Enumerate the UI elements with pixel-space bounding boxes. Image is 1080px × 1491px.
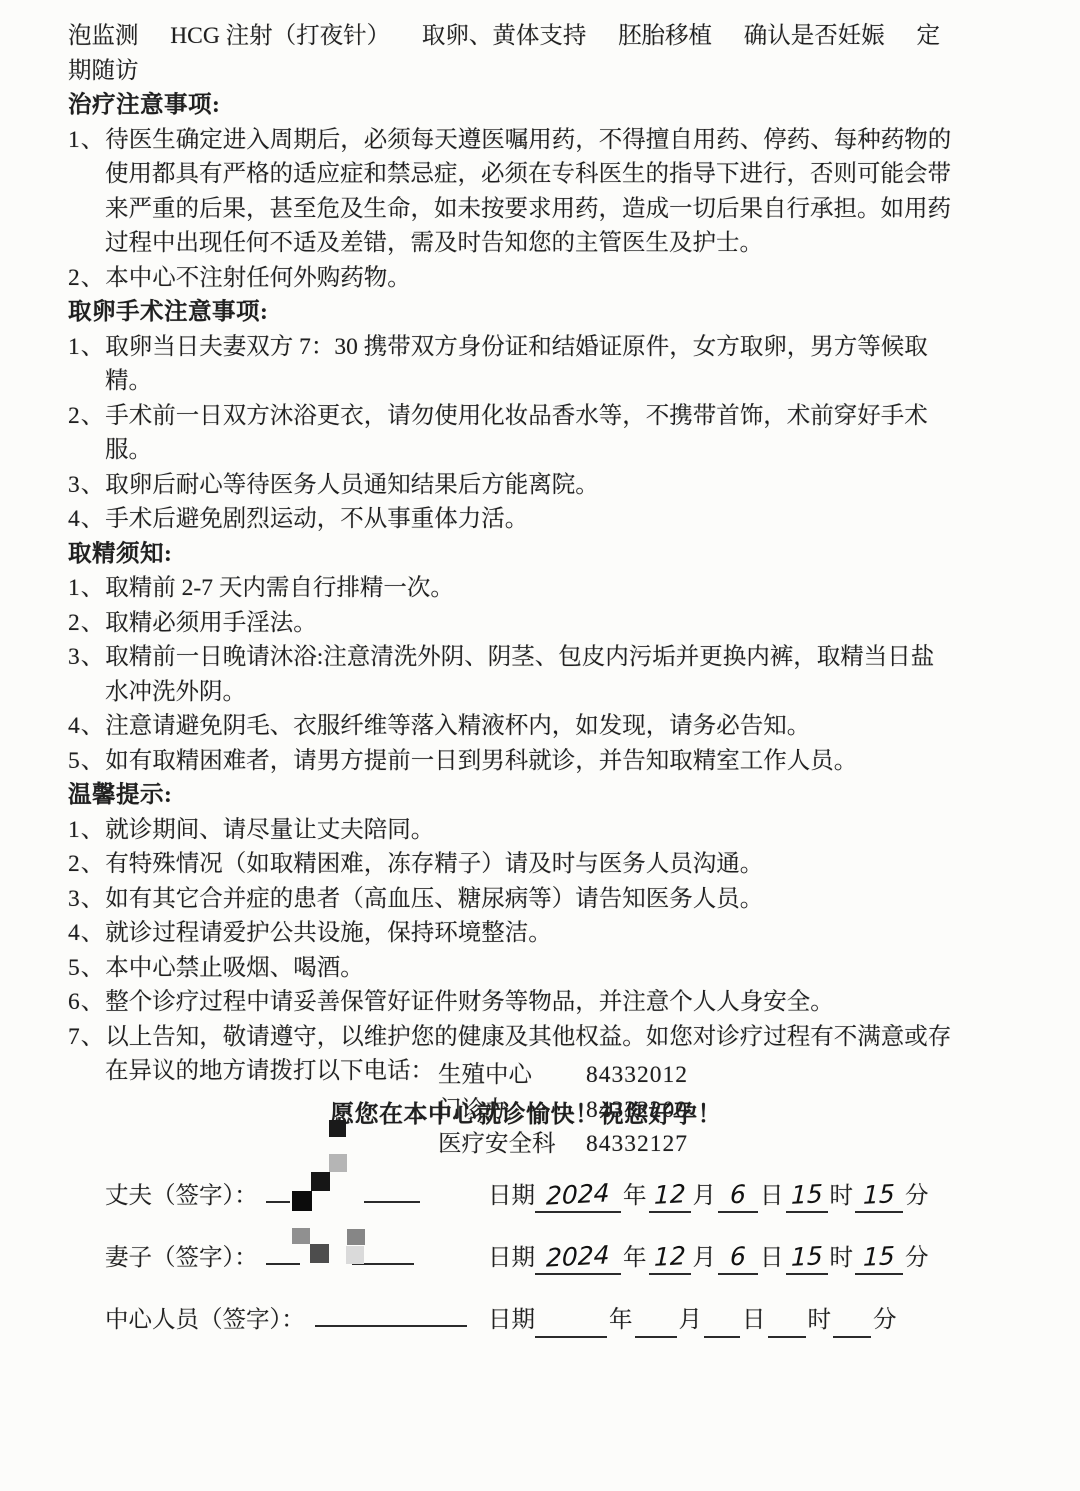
husband-date-group: 日期 2024 年 12 月 6 日 15 时 15 分 [488, 1176, 931, 1210]
item-text: 手术前一日双方沐浴更衣，请勿使用化妆品香水等，不携带首饰，术前穿好手术服。 [105, 403, 928, 464]
notice-item: 4、注意请避免阴毛、衣服纤维等落入精液杯内，如发现，请务必告知。 [68, 709, 954, 744]
item-number: 7、 [68, 1024, 105, 1050]
item-text: 如有其它合并症的患者（高血压、糖尿病等）请告知医务人员。 [105, 886, 763, 912]
wife-date-group: 日期 2024 年 12 月 6 日 15 时 15 分 [488, 1238, 931, 1272]
item-number: 4、 [68, 506, 105, 532]
notice-item: 3、取精前一日晚请沐浴:注意清洗外阴、阴茎、包皮内污垢并更换内裤，取精当日盐水冲… [68, 640, 954, 709]
item-number: 1、 [68, 575, 105, 601]
wife-signature-redaction-block [347, 1229, 365, 1245]
date-year-field [535, 1306, 607, 1338]
item-number: 6、 [68, 989, 105, 1015]
item-number: 5、 [68, 748, 105, 774]
phase-follicle-monitoring: 泡监测 [68, 19, 139, 54]
handwritten-day: 6 [730, 1181, 746, 1210]
notice-item: 1、就诊期间、请尽量让丈夫陪同。 [68, 813, 954, 848]
handwritten-month: 12 [653, 1180, 685, 1210]
wife-signature-row: 妻子（签字）： 日期 2024 年 12 月 6 日 15 时 15 分 [0, 1238, 1080, 1278]
procedure-phases: 泡监测 HCG 注射（打夜针） 取卵、黄体支持 胚胎移植 确认是否妊娠 定 期随… [68, 19, 954, 88]
document-body: 泡监测 HCG 注射（打夜针） 取卵、黄体支持 胚胎移植 确认是否妊娠 定 期随… [68, 19, 954, 1162]
phase-pregnancy-confirmation: 确认是否妊娠 [744, 19, 885, 54]
date-year-field: 2024 [535, 1181, 621, 1213]
item-number: 2、 [68, 610, 105, 636]
date-year-field: 2024 [535, 1243, 621, 1275]
date-month-field: 12 [649, 1181, 691, 1213]
contact-dept: 生殖中心 [438, 1058, 586, 1093]
phase-followup-part1: 定 [916, 19, 940, 54]
notice-item: 4、手术后避免剧烈运动，不从事重体力活。 [68, 502, 954, 537]
notice-item: 1、待医生确定进入周期后，必须每天遵医嘱用药，不得擅自用药、停药、每种药物的使用… [68, 123, 954, 261]
staff-signature-row: 中心人员（签字）： 日期 年 月 日 时 分 [0, 1300, 1080, 1340]
date-hour-field: 15 [786, 1243, 828, 1275]
section-heading-warm-tips: 温馨提示: [68, 778, 954, 813]
wife-signature-redaction-block [346, 1246, 364, 1264]
husband-signature-redaction-block [311, 1172, 330, 1191]
item-text: 整个诊疗过程中请妥善保管好证件财务等物品，并注意个人人身安全。 [105, 989, 834, 1015]
procedure-phases-line1: 泡监测 HCG 注射（打夜针） 取卵、黄体支持 胚胎移植 确认是否妊娠 定 [68, 19, 940, 54]
wife-signature-redaction-block [310, 1244, 329, 1263]
handwritten-year: 2024 [546, 1179, 610, 1210]
date-label: 日期 [488, 1176, 535, 1210]
hour-label: 时 [830, 1176, 854, 1210]
item-text: 取卵后耐心等待医务人员通知结果后方能离院。 [105, 472, 599, 498]
year-label: 年 [623, 1238, 647, 1272]
item-number: 3、 [68, 644, 105, 670]
hour-label: 时 [830, 1238, 854, 1272]
husband-signature-label: 丈夫（签字）： [105, 1176, 258, 1210]
date-month-field: 12 [649, 1243, 691, 1275]
notice-item: 2、有特殊情况（如取精困难，冻存精子）请及时与医务人员沟通。 [68, 847, 954, 882]
day-label: 日 [760, 1176, 784, 1210]
item-text: 取精必须用手淫法。 [105, 610, 317, 636]
wife-signature-area: 妻子（签字）： [105, 1238, 414, 1272]
minute-label: 分 [905, 1238, 929, 1272]
month-label: 月 [693, 1176, 717, 1210]
item-text: 手术后避免剧烈运动，不从事重体力活。 [105, 506, 528, 532]
consent-document-page: 泡监测 HCG 注射（打夜针） 取卵、黄体支持 胚胎移植 确认是否妊娠 定 期随… [0, 0, 1080, 1491]
staff-date-group: 日期 年 月 日 时 分 [488, 1300, 899, 1334]
notice-item: 1、取精前 2-7 天内需自行排精一次。 [68, 571, 954, 606]
handwritten-minute: 15 [863, 1180, 895, 1210]
wife-signature-redaction-block [292, 1228, 310, 1244]
contact-phone-row: 生殖中心84332012 [438, 1058, 688, 1093]
notice-item: 3、如有其它合并症的患者（高血压、糖尿病等）请告知医务人员。 [68, 882, 954, 917]
date-label: 日期 [488, 1238, 535, 1272]
item-text: 本中心不注射任何外购药物。 [105, 265, 411, 291]
section-heading-egg-retrieval-notes: 取卵手术注意事项: [68, 295, 954, 330]
husband-signature-area: 丈夫（签字）： [105, 1176, 420, 1210]
item-text: 取精前 2-7 天内需自行排精一次。 [105, 575, 454, 601]
month-label: 月 [679, 1300, 703, 1334]
staff-signature-label: 中心人员（签字）： [105, 1300, 305, 1334]
notice-item: 2、本中心不注射任何外购药物。 [68, 261, 954, 296]
date-minute-field [833, 1306, 871, 1338]
year-label: 年 [609, 1300, 633, 1334]
date-month-field [635, 1306, 677, 1338]
handwritten-hour: 15 [790, 1242, 822, 1272]
husband-signature-redaction-block [292, 1191, 312, 1211]
section-heading-treatment-notes: 治疗注意事项: [68, 88, 954, 123]
contact-phone-row: 医疗安全科84332127 [438, 1127, 688, 1162]
day-label: 日 [742, 1300, 766, 1334]
notice-item: 3、取卵后耐心等待医务人员通知结果后方能离院。 [68, 468, 954, 503]
item-number: 3、 [68, 472, 105, 498]
hour-label: 时 [808, 1300, 832, 1334]
notice-item: 2、手术前一日双方沐浴更衣，请勿使用化妆品香水等，不携带首饰，术前穿好手术服。 [68, 399, 954, 468]
item-number: 4、 [68, 920, 105, 946]
husband-signature-redaction-block [329, 1154, 347, 1172]
item-text: 就诊过程请爱护公共设施，保持环境整洁。 [105, 920, 552, 946]
procedure-phases-line2: 期随访 [68, 54, 954, 89]
item-text: 取卵当日夫妻双方 7：30 携带双方身份证和结婚证原件，女方取卵，男方等候取精。 [105, 334, 928, 395]
husband-signature-row: 丈夫（签字）： 日期 2024 年 12 月 6 日 15 时 15 分 [0, 1176, 1080, 1216]
handwritten-month: 12 [653, 1242, 685, 1272]
item-text: 如有取精困难者，请男方提前一日到男科就诊，并告知取精室工作人员。 [105, 748, 857, 774]
item-text: 有特殊情况（如取精困难，冻存精子）请及时与医务人员沟通。 [105, 851, 763, 877]
item-number: 5、 [68, 955, 105, 981]
date-minute-field: 15 [855, 1181, 903, 1213]
year-label: 年 [623, 1176, 647, 1210]
handwritten-minute: 15 [863, 1242, 895, 1272]
closing-wish-line: 愿您在本中心就诊愉快！祝您好孕！ [330, 1094, 722, 1129]
item-number: 1、 [68, 334, 105, 360]
contact-dept: 医疗安全科 [438, 1127, 586, 1162]
notice-item: 5、本中心禁止吸烟、喝酒。 [68, 951, 954, 986]
minute-label: 分 [873, 1300, 897, 1334]
notice-item: 2、取精必须用手淫法。 [68, 606, 954, 641]
date-day-field: 6 [718, 1181, 758, 1213]
handwritten-hour: 15 [790, 1180, 822, 1210]
handwritten-day: 6 [730, 1243, 746, 1272]
item-text: 本中心禁止吸烟、喝酒。 [105, 955, 364, 981]
item-number: 2、 [68, 265, 105, 291]
phase-hcg-injection: HCG 注射（打夜针） [170, 19, 390, 54]
notice-item-with-phones: 7、以上告知，敬请遵守，以维护您的健康及其他权益。如您对诊疗过程有不满意或存在异… [68, 1020, 954, 1162]
item-text: 就诊期间、请尽量让丈夫陪同。 [105, 817, 434, 843]
contact-number: 84332012 [586, 1058, 688, 1093]
item-text: 待医生确定进入周期后，必须每天遵医嘱用药，不得擅自用药、停药、每种药物的使用都具… [105, 127, 951, 257]
contact-number: 84332127 [586, 1127, 688, 1162]
signature-line [266, 1199, 290, 1203]
month-label: 月 [693, 1238, 717, 1272]
item-number: 1、 [68, 127, 105, 153]
date-day-field [704, 1306, 740, 1338]
phase-embryo-transfer: 胚胎移植 [618, 19, 712, 54]
phase-egg-retrieval-luteal-support: 取卵、黄体支持 [422, 19, 587, 54]
signature-line [266, 1261, 300, 1265]
date-hour-field [768, 1306, 806, 1338]
date-day-field: 6 [718, 1243, 758, 1275]
day-label: 日 [760, 1238, 784, 1272]
notice-item: 4、就诊过程请爱护公共设施，保持环境整洁。 [68, 916, 954, 951]
item-text: 注意请避免阴毛、衣服纤维等落入精液杯内，如发现，请务必告知。 [105, 713, 810, 739]
notice-item: 6、整个诊疗过程中请妥善保管好证件财务等物品，并注意个人人身安全。 [68, 985, 954, 1020]
signature-line [315, 1323, 467, 1327]
staff-signature-area: 中心人员（签字）： [105, 1300, 467, 1334]
item-number: 2、 [68, 403, 105, 429]
item-text: 取精前一日晚请沐浴:注意清洗外阴、阴茎、包皮内污垢并更换内裤，取精当日盐水冲洗外… [105, 644, 934, 705]
section-heading-sperm-collection-notes: 取精须知: [68, 537, 954, 572]
handwritten-year: 2024 [546, 1241, 610, 1272]
item-number: 3、 [68, 886, 105, 912]
date-minute-field: 15 [855, 1243, 903, 1275]
item-number: 2、 [68, 851, 105, 877]
item-number: 1、 [68, 817, 105, 843]
notice-item: 5、如有取精困难者，请男方提前一日到男科就诊，并告知取精室工作人员。 [68, 744, 954, 779]
husband-signature-redaction-block [329, 1120, 346, 1137]
date-hour-field: 15 [786, 1181, 828, 1213]
signature-line [364, 1199, 420, 1203]
item-number: 4、 [68, 713, 105, 739]
minute-label: 分 [905, 1176, 929, 1210]
notice-item: 1、取卵当日夫妻双方 7：30 携带双方身份证和结婚证原件，女方取卵，男方等候取… [68, 330, 954, 399]
wife-signature-label: 妻子（签字）： [105, 1238, 258, 1272]
date-label: 日期 [488, 1300, 535, 1334]
